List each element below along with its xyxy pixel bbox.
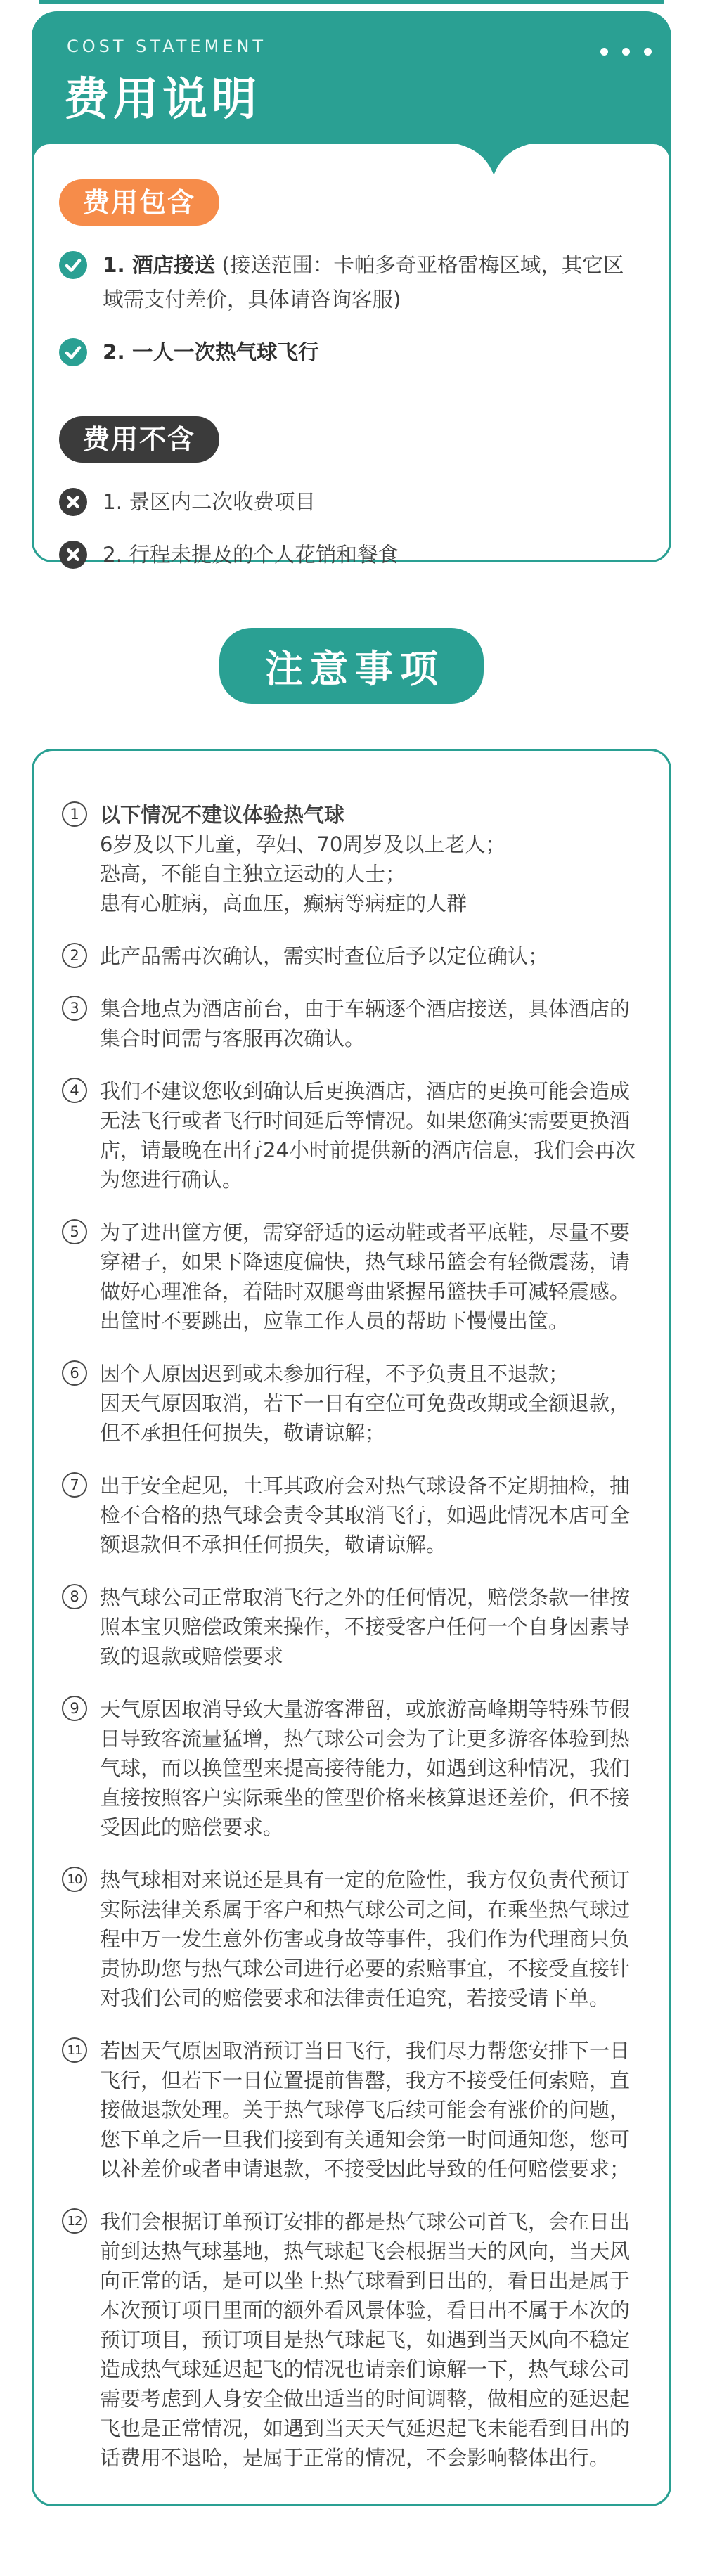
- item-number-circle: 7: [62, 1472, 87, 1498]
- notice-item-body: 热气球公司正常取消飞行之外的任何情况，赔偿条款一律按照本宝贝赔偿政策来操作，不接…: [100, 1583, 641, 1671]
- notice-item-body: 为了进出筐方便，需穿舒适的运动鞋或者平底鞋，尽量不要穿裙子，如果下降速度偏快，热…: [100, 1218, 641, 1336]
- notice-item-text: 热气球相对来说还是具有一定的危险性，我方仅负责代预订实际法律关系属于客户和热气球…: [100, 1865, 641, 2013]
- notice-list: 1以下情况不建议体验热气球6岁及以下儿童，孕妇、70周岁及以上老人；恐高，不能自…: [62, 800, 641, 2473]
- notice-item-body: 我们不建议您收到确认后更换酒店，酒店的更换可能会造成无法飞行或者飞行时间延后等情…: [100, 1076, 641, 1194]
- notice-item-body: 此产品需再次确认，需实时查位后予以定位确认；: [100, 941, 641, 971]
- cost-statement-header-card: COST STATEMENT 费用说明: [32, 11, 671, 163]
- notice-item-body: 我们会根据订单预订安排的都是热气球公司首飞，会在日出前到达热气球基地，热气球起飞…: [100, 2207, 641, 2473]
- notice-item-body: 集合地点为酒店前台，由于车辆逐个酒店接送，具体酒店的集合时间需与客服再次确认。: [100, 994, 641, 1053]
- notice-card: 1以下情况不建议体验热气球6岁及以下儿童，孕妇、70周岁及以上老人；恐高，不能自…: [32, 749, 671, 2506]
- item-number-circle: 4: [62, 1078, 87, 1103]
- notice-item: 4我们不建议您收到确认后更换酒店，酒店的更换可能会造成无法飞行或者飞行时间延后等…: [62, 1076, 641, 1194]
- item-number-circle: 11: [62, 2037, 87, 2063]
- notice-title-pill: 注意事项: [219, 628, 484, 704]
- item-number-circle: 9: [62, 1696, 87, 1721]
- item-number-circle: 8: [62, 1584, 87, 1609]
- notice-item: 1以下情况不建议体验热气球6岁及以下儿童，孕妇、70周岁及以上老人；恐高，不能自…: [62, 800, 641, 918]
- notice-item-body: 若因天气原因取消预订当日飞行，我们尽力帮您安排下一日飞行，但若下一日位置提前售罄…: [100, 2036, 641, 2184]
- fee-excluded-item: 1. 景区内二次收费项目: [59, 485, 644, 520]
- item-number-circle: 3: [62, 996, 87, 1021]
- menu-dots-icon: [600, 48, 652, 56]
- notice-item-text: 热气球公司正常取消飞行之外的任何情况，赔偿条款一律按照本宝贝赔偿政策来操作，不接…: [100, 1583, 641, 1671]
- dot: [600, 48, 608, 56]
- fee-included-item: 2. 一人一次热气球飞行: [59, 335, 644, 370]
- ribbon-notch-icon: [448, 142, 539, 176]
- notice-item: 7出于安全起见，土耳其政府会对热气球设备不定期抽检，抽检不合格的热气球会责令其取…: [62, 1471, 641, 1559]
- fee-item-text: 1. 酒店接送 (接送范围：卡帕多奇亚格雷梅区域，其它区域需支付差价，具体请咨询…: [103, 248, 644, 317]
- item-number-circle: 6: [62, 1360, 87, 1386]
- fee-item-text: 2. 行程未提及的个人花销和餐食: [103, 538, 399, 572]
- fee-item-text: 2. 一人一次热气球飞行: [103, 335, 319, 370]
- item-number-circle: 12: [62, 2208, 87, 2234]
- notice-item-warning-title: 以下情况不建议体验热气球: [100, 800, 641, 830]
- fee-item-text: 1. 景区内二次收费项目: [103, 485, 316, 520]
- check-icon: [59, 251, 87, 279]
- previous-card-bottom-edge: [39, 0, 664, 4]
- check-icon: [59, 338, 87, 366]
- notice-item-text: 此产品需再次确认，需实时查位后予以定位确认；: [100, 941, 641, 971]
- fee-included-badge: 费用包含: [59, 179, 219, 226]
- notice-item-text: 集合地点为酒店前台，由于车辆逐个酒店接送，具体酒店的集合时间需与客服再次确认。: [100, 994, 641, 1053]
- cost-card: 费用包含 1. 酒店接送 (接送范围：卡帕多奇亚格雷梅区域，其它区域需支付差价，…: [32, 142, 671, 562]
- fee-included-item: 1. 酒店接送 (接送范围：卡帕多奇亚格雷梅区域，其它区域需支付差价，具体请咨询…: [59, 248, 644, 317]
- notice-item: 6因个人原因迟到或未参加行程，不予负责且不退款；因天气原因取消，若下一日有空位可…: [62, 1359, 641, 1448]
- notice-item-text: 我们不建议您收到确认后更换酒店，酒店的更换可能会造成无法飞行或者飞行时间延后等情…: [100, 1076, 641, 1194]
- item-number-circle: 5: [62, 1219, 87, 1244]
- notice-item-body: 因个人原因迟到或未参加行程，不予负责且不退款；因天气原因取消，若下一日有空位可免…: [100, 1359, 641, 1448]
- notice-item-body: 热气球相对来说还是具有一定的危险性，我方仅负责代预订实际法律关系属于客户和热气球…: [100, 1865, 641, 2013]
- notice-item: 3集合地点为酒店前台，由于车辆逐个酒店接送，具体酒店的集合时间需与客服再次确认。: [62, 994, 641, 1053]
- notice-item: 2此产品需再次确认，需实时查位后予以定位确认；: [62, 941, 641, 971]
- notice-item-text: 因天气原因取消，若下一日有空位可免费改期或全额退款，但不承担任何损失，敬请谅解；: [100, 1389, 641, 1448]
- fee-excluded-list: 1. 景区内二次收费项目2. 行程未提及的个人花销和餐食: [59, 485, 644, 572]
- fee-excluded-badge: 费用不含: [59, 416, 219, 463]
- cross-icon: [59, 488, 87, 516]
- notice-item-body: 以下情况不建议体验热气球6岁及以下儿童，孕妇、70周岁及以上老人；恐高，不能自主…: [100, 800, 641, 918]
- dot: [644, 48, 652, 56]
- notice-item-text: 恐高，不能自主独立运动的人士；: [100, 859, 641, 889]
- notice-item-text: 6岁及以下儿童，孕妇、70周岁及以上老人；: [100, 830, 641, 859]
- notice-item: 9天气原因取消导致大量游客滞留，或旅游高峰期等特殊节假日导致客流量猛增，热气球公…: [62, 1694, 641, 1842]
- item-number-circle: 2: [62, 943, 87, 968]
- notice-item-text: 若因天气原因取消预订当日飞行，我们尽力帮您安排下一日飞行，但若下一日位置提前售罄…: [100, 2036, 641, 2184]
- item-number-circle: 10: [62, 1867, 87, 1892]
- notice-item: 5为了进出筐方便，需穿舒适的运动鞋或者平底鞋，尽量不要穿裙子，如果下降速度偏快，…: [62, 1218, 641, 1336]
- notice-item: 11若因天气原因取消预订当日飞行，我们尽力帮您安排下一日飞行，但若下一日位置提前…: [62, 2036, 641, 2184]
- notice-item-body: 出于安全起见，土耳其政府会对热气球设备不定期抽检，抽检不合格的热气球会责令其取消…: [100, 1471, 641, 1559]
- item-number-circle: 1: [62, 801, 87, 827]
- fee-included-list: 1. 酒店接送 (接送范围：卡帕多奇亚格雷梅区域，其它区域需支付差价，具体请咨询…: [59, 248, 644, 370]
- page-title: 费用说明: [64, 63, 261, 128]
- notice-item-text: 为了进出筐方便，需穿舒适的运动鞋或者平底鞋，尽量不要穿裙子，如果下降速度偏快，热…: [100, 1218, 641, 1336]
- fee-excluded-item: 2. 行程未提及的个人花销和餐食: [59, 538, 644, 572]
- notice-title: 注意事项: [265, 639, 445, 693]
- header-eyebrow: COST STATEMENT: [67, 37, 266, 56]
- notice-item-body: 天气原因取消导致大量游客滞留，或旅游高峰期等特殊节假日导致客流量猛增，热气球公司…: [100, 1694, 641, 1842]
- product-detail-page: COST STATEMENT 费用说明 费用包含 1. 酒店接送 (接送范围：卡…: [0, 0, 703, 2576]
- notice-item-text: 因个人原因迟到或未参加行程，不予负责且不退款；: [100, 1359, 641, 1389]
- notice-item: 8热气球公司正常取消飞行之外的任何情况，赔偿条款一律按照本宝贝赔偿政策来操作，不…: [62, 1583, 641, 1671]
- notice-item-text: 出于安全起见，土耳其政府会对热气球设备不定期抽检，抽检不合格的热气球会责令其取消…: [100, 1471, 641, 1559]
- cross-icon: [59, 541, 87, 569]
- notice-item: 12我们会根据订单预订安排的都是热气球公司首飞，会在日出前到达热气球基地，热气球…: [62, 2207, 641, 2473]
- notice-item-text: 天气原因取消导致大量游客滞留，或旅游高峰期等特殊节假日导致客流量猛增，热气球公司…: [100, 1694, 641, 1842]
- dot: [622, 48, 630, 56]
- notice-item-text: 我们会根据订单预订安排的都是热气球公司首飞，会在日出前到达热气球基地，热气球起飞…: [100, 2207, 641, 2473]
- notice-item-text: 患有心脏病，高血压，癫病等病症的人群: [100, 889, 641, 918]
- notice-item: 10热气球相对来说还是具有一定的危险性，我方仅负责代预订实际法律关系属于客户和热…: [62, 1865, 641, 2013]
